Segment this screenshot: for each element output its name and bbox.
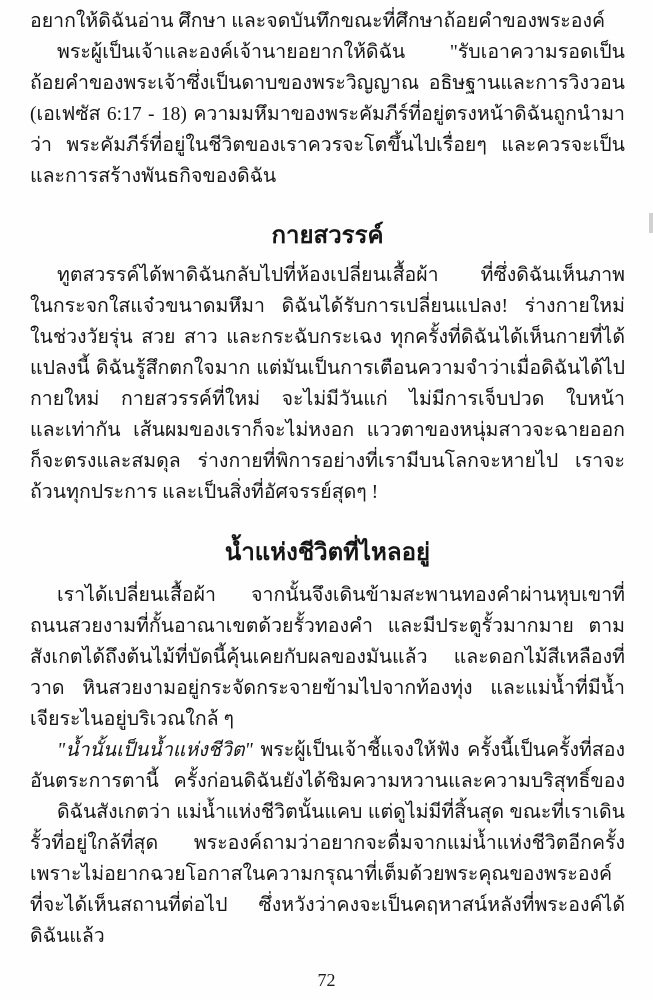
book-page: อยากให้ดิฉันอ่าน ศึกษา และจดบันทึกขณะที่… [0, 0, 653, 1000]
body-line: ถ้วนทุกประการ และเป็นสิ่งที่อัศจรรย์สุดๆ… [30, 477, 625, 508]
paragraph-river-narrow: ดิฉันสังเกตว่า แม่น้ำแห่งชีวิตนั้นแคบ แต… [30, 797, 625, 952]
body-line: อยากให้ดิฉันอ่าน ศึกษา และจดบันทึกขณะที่… [30, 6, 625, 37]
body-line: และเท่ากัน เส้นผมของเราก็จะไม่หงอก แววตา… [30, 415, 625, 446]
body-line: เจียระไนอยู่บริเวณใกล้ ๆ [30, 704, 625, 735]
body-line: ก็จะตรงและสมดุล ร่างกายที่พิการอย่างที่เ… [30, 446, 625, 477]
body-line: ทูตสวรรค์ได้พาดิฉันกลับไปที่ห้องเปลี่ยนเ… [30, 260, 625, 291]
body-line: ดิฉันแล้ว [30, 921, 625, 952]
body-line: อันตระการตานี้ ครั้งก่อนดิฉันยังได้ชิมคว… [30, 766, 625, 797]
body-line: ในช่วงวัยรุ่น สวย สาว และกระฉับกระเฉง ทุ… [30, 322, 625, 353]
body-line: เพราะไม่อยากฉวยโอกาสในความกรุณาที่เต็มด้… [30, 859, 625, 890]
section-heading-heavenly-body: กายสวรรค์ [30, 218, 625, 254]
body-line: "น้ำนั้นเป็นน้ำแห่งชีวิต" พระผู้เป็นเจ้า… [30, 735, 625, 766]
body-line: (เอเฟซัส 6:17 - 18) ความมหึมาของพระคัมภี… [30, 99, 625, 130]
paragraph-golden-bridge: เราได้เปลี่ยนเสื้อผ้า จากนั้นจึงเดินข้าม… [30, 580, 625, 735]
scan-artifact [649, 213, 653, 233]
body-line: กายใหม่ กายสวรรค์ที่ใหม่ จะไม่มีวันแก่ ไ… [30, 384, 625, 415]
paragraph-armor-of-god: พระผู้เป็นเจ้าและองค์เจ้านายอยากให้ดิฉัน… [30, 37, 625, 192]
body-line: แปลงนี้ ดิฉันรู้สึกตกใจมาก แต่มันเป็นการ… [30, 353, 625, 384]
page-number: 72 [0, 969, 653, 991]
body-line: ถนนสวยงามที่กั้นอาณาเขตด้วยรั้วทองคำ และ… [30, 611, 625, 642]
section-heading-water-of-life: น้ำแห่งชีวิตที่ไหลอยู่ [30, 535, 625, 571]
body-line: รั้วที่อยู่ใกล้ที่สุด พระองค์ถามว่าอยากจ… [30, 828, 625, 859]
paragraph-continuation: อยากให้ดิฉันอ่าน ศึกษา และจดบันทึกขณะที่… [30, 6, 625, 37]
body-line: ที่จะได้เห็นสถานที่ต่อไป ซึ่งหวังว่าคงจะ… [30, 890, 625, 921]
body-line: เราได้เปลี่ยนเสื้อผ้า จากนั้นจึงเดินข้าม… [30, 580, 625, 611]
body-line: และการสร้างพันธกิจของดิฉัน [30, 161, 625, 192]
body-line: วาด หินสวยงามอยู่กระจัดกระจายข้ามไปจากท้… [30, 673, 625, 704]
page-content: อยากให้ดิฉันอ่าน ศึกษา และจดบันทึกขณะที่… [30, 6, 625, 952]
body-line: ว่า พระคัมภีร์ที่อยู่ในชีวิตของเราควรจะโ… [30, 130, 625, 161]
body-line: สังเกตได้ถึงต้นไม้ที่บัดนี้คุ้นเคยกับผลข… [30, 642, 625, 673]
body-line: พระผู้เป็นเจ้าและองค์เจ้านายอยากให้ดิฉัน… [30, 37, 625, 68]
body-line: ดิฉันสังเกตว่า แม่น้ำแห่งชีวิตนั้นแคบ แต… [30, 797, 625, 828]
body-line: ในกระจกใสแจ๋วขนาดมหึมา ดิฉันได้รับการเปล… [30, 291, 625, 322]
body-line: ถ้อยคำของพระเจ้าซึ่งเป็นดาบของพระวิญญาณ … [30, 68, 625, 99]
paragraph-river-quote: "น้ำนั้นเป็นน้ำแห่งชีวิต" พระผู้เป็นเจ้า… [30, 735, 625, 797]
quote-italic: "น้ำนั้นเป็นน้ำแห่งชีวิต" [57, 740, 253, 761]
paragraph-heavenly-body: ทูตสวรรค์ได้พาดิฉันกลับไปที่ห้องเปลี่ยนเ… [30, 260, 625, 508]
